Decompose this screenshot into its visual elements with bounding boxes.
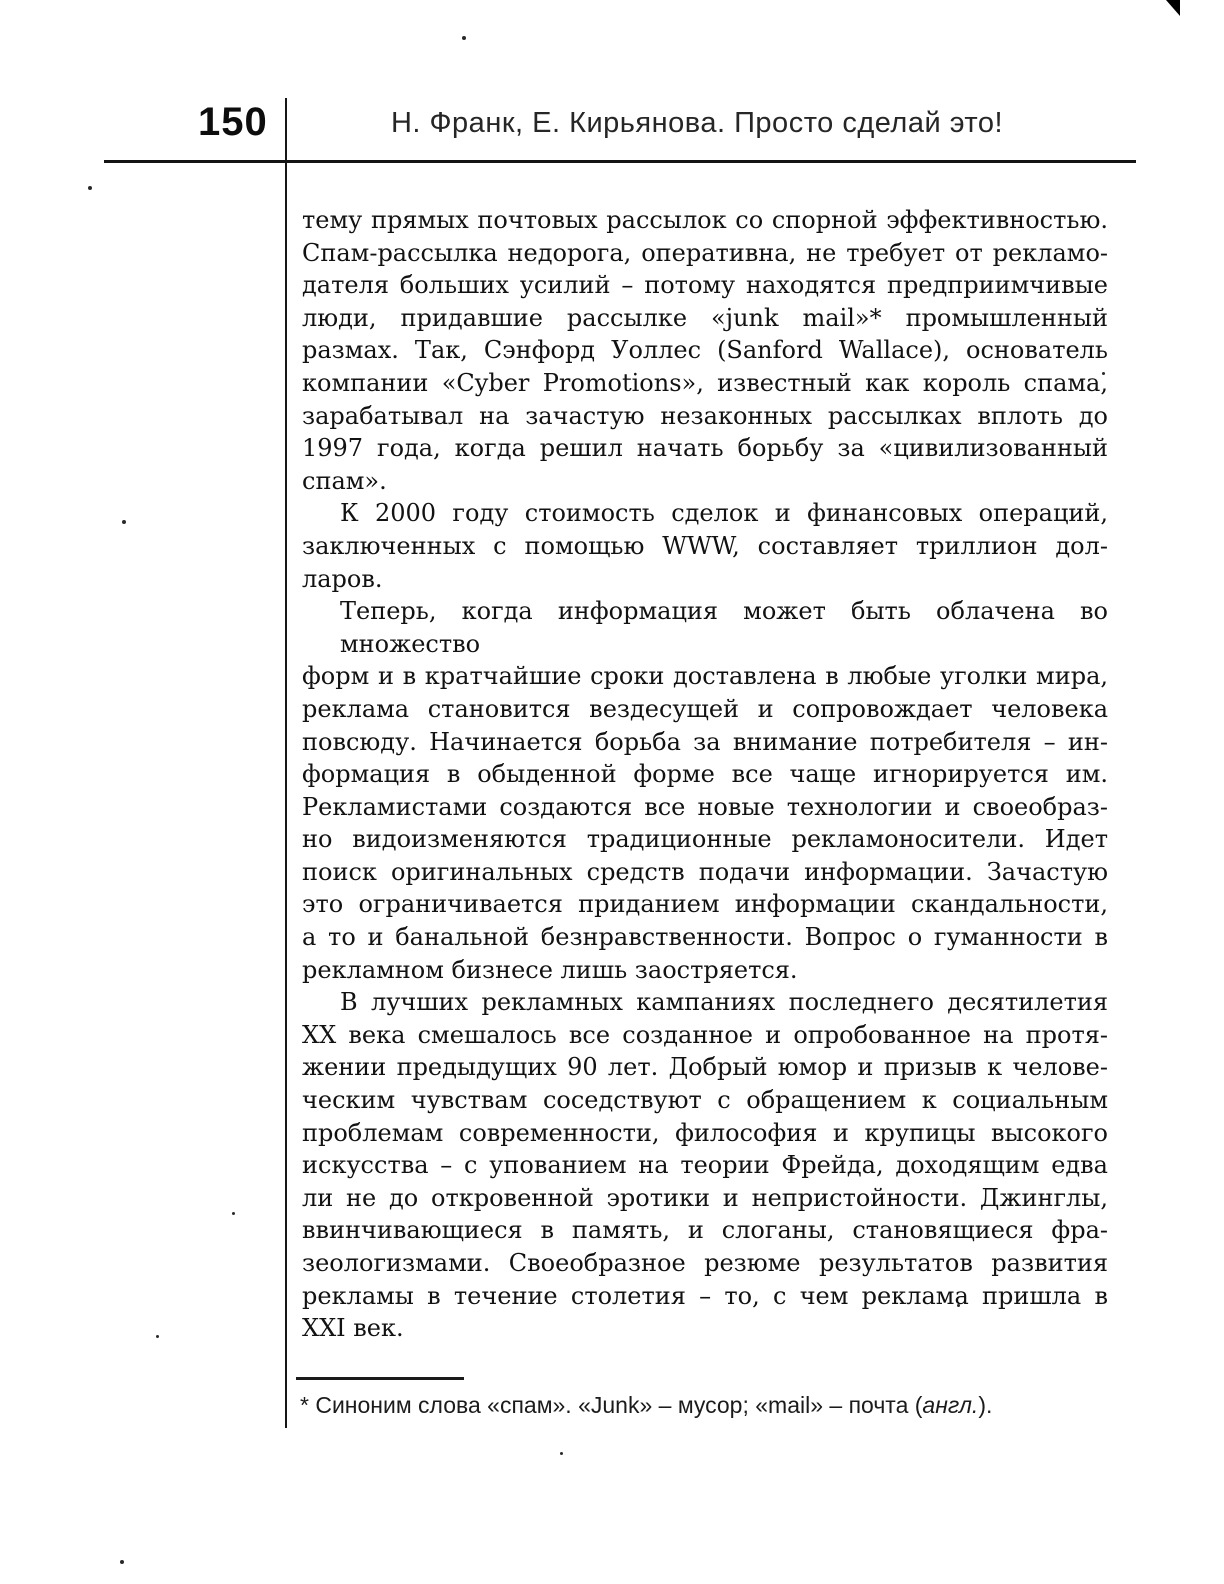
text-line: зарабатывал на зачастую незаконных рассы…	[302, 400, 1108, 433]
scan-speck	[232, 1212, 235, 1215]
text-line: ввинчивающиеся в память, и слоганы, стан…	[302, 1214, 1108, 1247]
text-line: ларов.	[302, 563, 1108, 596]
text-line: 1997 года, когда решил начать борьбу за …	[302, 432, 1108, 465]
text-line: жении предыдущих 90 лет. Добрый юмор и п…	[302, 1051, 1108, 1084]
text-line: XX века смешалось все созданное и опробо…	[302, 1019, 1108, 1052]
text-line: ческим чувствам соседствуют с обращением…	[302, 1084, 1108, 1117]
margin-vertical-rule	[285, 98, 287, 1428]
text-line: формация в обыденной форме все чаще игно…	[302, 758, 1108, 791]
scan-speck	[1102, 372, 1105, 375]
text-line: XXI век.	[302, 1312, 1108, 1345]
scan-speck	[122, 520, 126, 524]
text-line: спам».	[302, 465, 1108, 498]
text-line: размах. Так, Сэнфорд Уоллес (Sanford Wal…	[302, 334, 1108, 367]
footnote: * Синоним слова «спам». «Junk» – мусор; …	[300, 1392, 1106, 1419]
footnote-rule	[296, 1377, 464, 1380]
text-line: компании «Cyber Promotions», известный к…	[302, 367, 1108, 400]
running-title: Н. Франк, Е. Кирьянова. Просто сделай эт…	[302, 107, 1092, 140]
page-number: 150	[198, 100, 268, 145]
footnote-text-end: ).	[978, 1392, 992, 1418]
text-line: проблемам современности, философия и кру…	[302, 1117, 1108, 1150]
footnote-language-label: англ.	[922, 1392, 978, 1418]
text-line: реклама становится вездесущей и сопровож…	[302, 693, 1108, 726]
text-line: дателя больших усилий – потому находятся…	[302, 269, 1108, 302]
text-line: Рекламистами создаются все новые техноло…	[302, 791, 1108, 824]
scan-speck	[957, 1304, 960, 1307]
footnote-text: * Синоним слова «спам». «Junk» – мусор; …	[300, 1392, 922, 1418]
scan-speck	[462, 36, 466, 40]
header-horizontal-rule	[104, 160, 1136, 163]
text-line: Спам-рассылка недорога, оперативна, не т…	[302, 237, 1108, 270]
text-line: К 2000 году стоимость сделок и финансовы…	[302, 497, 1108, 530]
scan-corner-artifact	[1166, 0, 1180, 16]
text-line: повсюду. Начинается борьба за внимание п…	[302, 726, 1108, 759]
text-line: рекламном бизнесе лишь заостряется.	[302, 954, 1108, 987]
text-line: это ограничивается приданием информации …	[302, 888, 1108, 921]
text-line: ли не до откровенной эротики и непристой…	[302, 1182, 1108, 1215]
text-line: форм и в кратчайшие сроки доставлена в л…	[302, 660, 1108, 693]
text-line: искусства – с упованием на теории Фрейда…	[302, 1149, 1108, 1182]
text-line: люди, придавшие рассылке «junk mail»* пр…	[302, 302, 1108, 335]
body-text: тему прямых почтовых рассылок со спорной…	[302, 204, 1108, 1345]
scan-speck	[120, 1560, 124, 1564]
text-line: тему прямых почтовых рассылок со спорной…	[302, 204, 1108, 237]
text-line: заключенных с помощью WWW, составляет тр…	[302, 530, 1108, 563]
text-line: рекламы в течение столетия – то, с чем р…	[302, 1280, 1108, 1313]
book-page: 150 Н. Франк, Е. Кирьянова. Просто сдела…	[0, 0, 1224, 1584]
scan-speck	[88, 186, 92, 190]
text-line: но видоизменяются традиционные рекламоно…	[302, 823, 1108, 856]
text-line: а то и банальной безнравственности. Вопр…	[302, 921, 1108, 954]
scan-speck	[560, 1452, 563, 1455]
text-line: поиск оригинальных средств подачи информ…	[302, 856, 1108, 889]
text-line: Теперь, когда информация может быть обла…	[302, 595, 1108, 660]
text-line: В лучших рекламных кампаниях последнего …	[302, 986, 1108, 1019]
text-line: зеологизмами. Своеобразное резюме резуль…	[302, 1247, 1108, 1280]
scan-speck	[156, 1335, 159, 1338]
